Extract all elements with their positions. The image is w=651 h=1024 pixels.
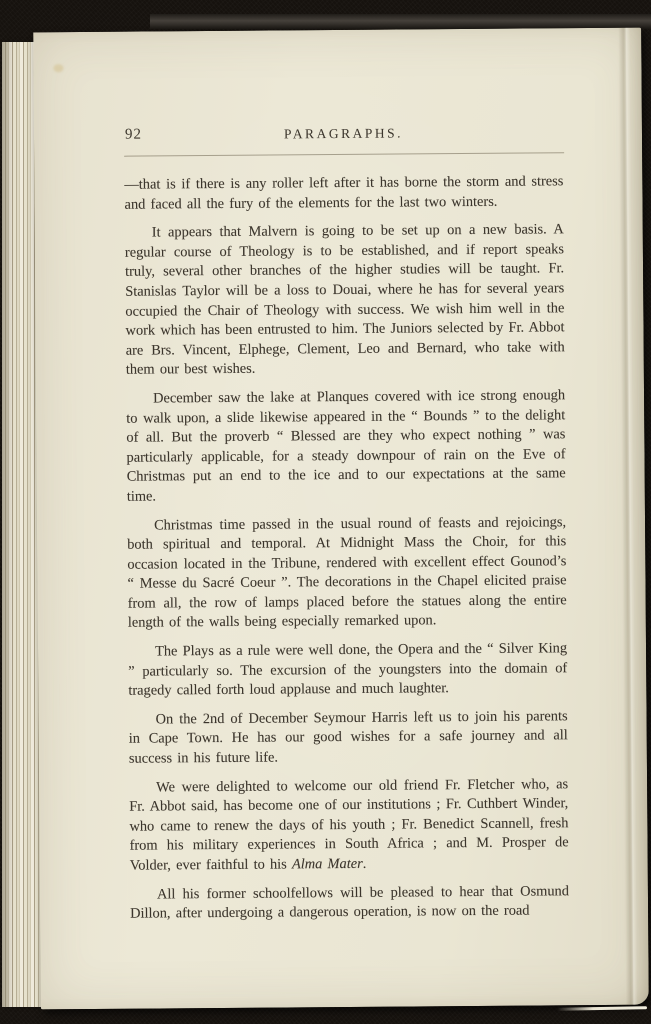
text-segment: Christmas time passed in the usual round… bbox=[127, 514, 567, 631]
paragraph: It appears that Malvern is going to be s… bbox=[125, 220, 565, 380]
page-crease bbox=[618, 28, 638, 1005]
paragraph: On the 2nd of December Seymour Harris le… bbox=[129, 707, 568, 769]
text-segment: It appears that Malvern is going to be s… bbox=[125, 221, 565, 378]
text-segment: The Plays as a rule were well done, the … bbox=[128, 640, 567, 699]
text-segment: All his former schoolfellows will be ple… bbox=[130, 883, 569, 922]
italic-text: Alma Mater bbox=[292, 856, 363, 873]
under-page-edge bbox=[557, 1006, 647, 1011]
book-cover-edge bbox=[150, 14, 651, 29]
book-page: 92 PARAGRAPHS. —that is if there is any … bbox=[33, 28, 649, 1010]
paragraph: —that is if there is any roller left aft… bbox=[124, 172, 563, 215]
text-segment: December saw the lake at Planques covere… bbox=[126, 387, 566, 504]
page-header: 92 PARAGRAPHS. bbox=[124, 121, 563, 144]
paragraph: The Plays as a rule were well done, the … bbox=[128, 639, 567, 701]
scan-frame: 92 PARAGRAPHS. —that is if there is any … bbox=[0, 0, 651, 1024]
page-body: —that is if there is any roller left aft… bbox=[124, 172, 569, 924]
paragraph: December saw the lake at Planques covere… bbox=[126, 386, 566, 507]
text-segment: On the 2nd of December Seymour Harris le… bbox=[129, 708, 568, 767]
stain-spot bbox=[53, 64, 63, 72]
paragraph: We were delighted to welcome our old fri… bbox=[129, 775, 569, 876]
text-segment: . bbox=[363, 856, 367, 872]
paragraph: All his former schoolfellows will be ple… bbox=[130, 882, 569, 925]
page-number: 92 bbox=[125, 127, 142, 144]
running-header: PARAGRAPHS. bbox=[124, 121, 563, 143]
text-segment: —that is if there is any roller left aft… bbox=[124, 173, 563, 212]
paragraph: Christmas time passed in the usual round… bbox=[127, 513, 567, 634]
header-rule bbox=[124, 152, 564, 156]
